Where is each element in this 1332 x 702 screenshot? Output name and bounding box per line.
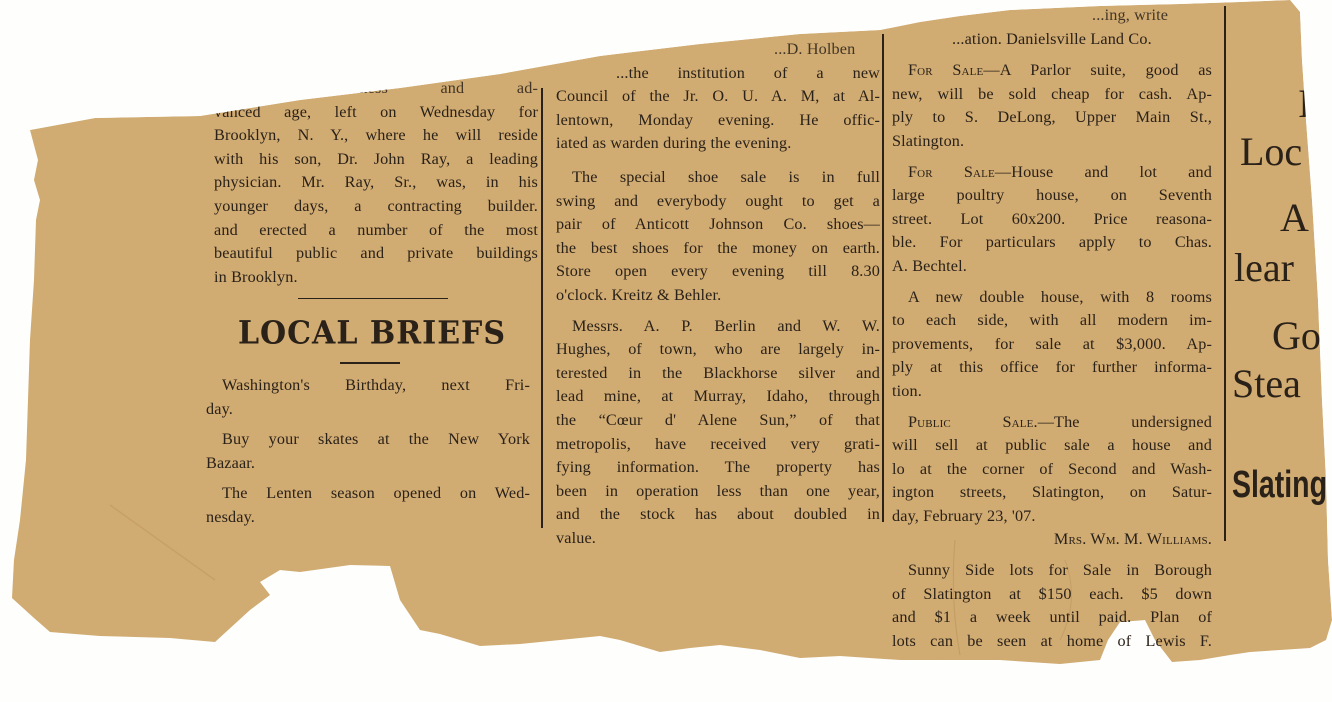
brief-item: The Lenten season opened on Wed- nesday. (206, 482, 530, 529)
column-1: ...fitness and ad- vanced age, left on W… (214, 91, 538, 289)
text-line: ...fitness and ad- (214, 77, 538, 101)
article-ray-continuation: ...fitness and ad- vanced age, left on W… (214, 77, 538, 289)
text-line: ...D. Holben (556, 38, 880, 62)
heading-underline-rule (340, 362, 400, 364)
text-fragment: —A Parlor suite, good as (983, 61, 1212, 79)
ad-lead: Public Sale. (908, 413, 1038, 431)
classified-ad-double-house: A new double house, with 8 rooms to each… (892, 286, 1212, 404)
text-line: to each side, with all modern im- (892, 309, 1212, 333)
ad-danielsville-continuation: ...ing, write ...ation. Danielsville Lan… (892, 4, 1212, 51)
text-line: Council of the Jr. O. U. A. M, at Al- (556, 85, 880, 109)
column-4-fragments: I Loc A lear Go Stea Slating (1228, 0, 1328, 560)
text-line: and the stock has about doubled in (556, 503, 880, 527)
article-berlin-hughes-mine: Messrs. A. P. Berlin and W. W. Hughes, o… (556, 315, 880, 551)
column-3: ...ing, write ...ation. Danielsville Lan… (892, 4, 1212, 660)
text-fragment: —The undersigned (1038, 413, 1212, 431)
text-line: pair of Anticott Johnson Co. shoes— (556, 213, 880, 237)
text-line: swing and everybody ought to get a (556, 190, 880, 214)
text-line: iated as warden during the evening. (556, 132, 880, 156)
text-line: Slatington. (892, 130, 1212, 154)
section-heading-local-briefs: LOCAL BRIEFS (214, 315, 530, 352)
classified-ad-parlor-suite: For Sale—A Parlor suite, good as new, wi… (892, 59, 1212, 153)
text-line: A. Bechtel. (892, 255, 1212, 279)
text-line: day, February 23, '07. (892, 505, 1212, 529)
text-line: and $1 a week until paid. Plan of (892, 606, 1212, 630)
text-line: ble. For particulars apply to Chas. (892, 231, 1212, 255)
text-line: Messrs. A. P. Berlin and W. W. (556, 315, 880, 339)
text-line: nesday. (206, 506, 530, 530)
text-line: value. (556, 527, 880, 551)
local-briefs-list: Washington's Birthday, next Fri- day. Bu… (206, 374, 530, 537)
classified-ad-sunny-side-lots: Sunny Side lots for Sale in Borough of S… (892, 559, 1212, 653)
brief-item: Washington's Birthday, next Fri- day. (206, 374, 530, 421)
column-2: ...D. Holben ...the institution of a new… (556, 38, 880, 557)
article-holben-continuation: ...D. Holben ...the institution of a new… (556, 38, 880, 156)
text-line: ply to S. DeLong, Upper Main St., (892, 106, 1212, 130)
text-line: been in operation less than one year, (556, 480, 880, 504)
text-line: provements, for sale at $3,000. Ap- (892, 333, 1212, 357)
classified-ad-public-sale: Public Sale.—The undersigned will sell a… (892, 411, 1212, 553)
text-line: of Slatington at $150 each. $5 down (892, 583, 1212, 607)
article-shoe-sale: The special shoe sale is in full swing a… (556, 166, 880, 308)
text-line: For Sale—House and lot and (892, 161, 1212, 185)
ad-signature: Mrs. Wm. M. Williams. (892, 528, 1212, 552)
text-line: vanced age, left on Wednesday for (214, 101, 538, 125)
text-line: The Lenten season opened on Wed- (206, 482, 530, 506)
column-divider-3 (1224, 6, 1226, 541)
text-line: ...ation. Danielsville Land Co. (892, 28, 1212, 52)
fragment-text: lear (1234, 248, 1294, 288)
text-line: Bazaar. (206, 452, 530, 476)
text-line: terested in the Blackhorse silver and (556, 362, 880, 386)
text-line: Public Sale.—The undersigned (892, 411, 1212, 435)
text-line: in Brooklyn. (214, 266, 538, 290)
text-line: Hughes, of town, who are largely in- (556, 338, 880, 362)
text-line: ...ing, write (892, 4, 1212, 28)
text-line: Brooklyn, N. Y., where he will reside (214, 124, 538, 148)
text-line: physician. Mr. Ray, Sr., was, in his (214, 171, 538, 195)
classified-ad-house-lot: For Sale—House and lot and large poultry… (892, 161, 1212, 279)
text-line: Store open every evening till 8.30 (556, 260, 880, 284)
text-line: Sunny Side lots for Sale in Borough (892, 559, 1212, 583)
text-line: o'clock. Kreitz & Behler. (556, 284, 880, 308)
ad-lead: For Sale (908, 163, 995, 181)
fragment-text: Stea (1232, 364, 1301, 404)
text-line: younger days, a contracting builder. (214, 195, 538, 219)
fragment-text: I (1298, 84, 1311, 124)
text-line: metropolis, have received very grati- (556, 433, 880, 457)
fragment-text: Go (1272, 316, 1321, 356)
text-line: large poultry house, on Seventh (892, 184, 1212, 208)
text-line: new, will be sold cheap for cash. Ap- (892, 83, 1212, 107)
text-line: tion. (892, 380, 1212, 404)
text-line: ...the institution of a new (556, 62, 880, 86)
text-fragment: —House and lot and (995, 163, 1212, 181)
text-line: lead mine, at Murray, Idaho, through (556, 385, 880, 409)
ad-lead: For Sale (908, 61, 983, 79)
brief-item: Buy your skates at the New York Bazaar. (206, 428, 530, 475)
text-line: with his son, Dr. John Ray, a leading (214, 148, 538, 172)
text-line: Buy your skates at the New York (206, 428, 530, 452)
section-separator-rule (298, 298, 448, 299)
text-line: lots can be seen at home of Lewis F. (892, 630, 1212, 654)
text-line: ington streets, Slatington, on Satur- (892, 481, 1212, 505)
text-line: the “Cœur d' Alene Sun,” of that (556, 409, 880, 433)
text-line: ply at this office for further informa- (892, 356, 1212, 380)
column-divider-2 (882, 34, 884, 522)
fragment-text: Slating (1232, 466, 1327, 504)
text-line: lo at the corner of Second and Wash- (892, 458, 1212, 482)
text-line: day. (206, 398, 530, 422)
text-line: fying information. The property has (556, 456, 880, 480)
text-line: For Sale—A Parlor suite, good as (892, 59, 1212, 83)
text-line: lentown, Monday evening. He offic- (556, 109, 880, 133)
text-line: the best shoes for the money on earth. (556, 237, 880, 261)
column-divider-1 (541, 88, 543, 528)
text-line: beautiful public and private buildings (214, 242, 538, 266)
text-line: Washington's Birthday, next Fri- (206, 374, 530, 398)
fragment-text: A (1280, 198, 1309, 238)
text-line: The special shoe sale is in full (556, 166, 880, 190)
text-line: A new double house, with 8 rooms (892, 286, 1212, 310)
text-line: will sell at public sale a house and (892, 434, 1212, 458)
fragment-text: Loc (1240, 132, 1302, 172)
text-line: street. Lot 60x200. Price reasona- (892, 208, 1212, 232)
text-line: and erected a number of the most (214, 219, 538, 243)
